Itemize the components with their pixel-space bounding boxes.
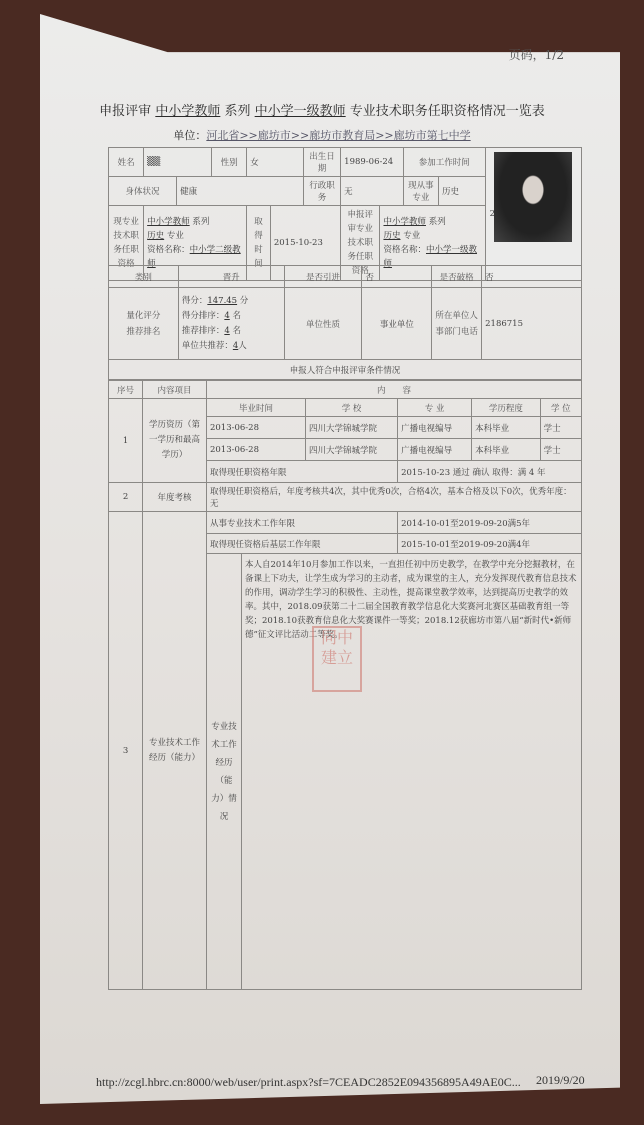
rec-rank-label: 推荐排序： (182, 326, 225, 336)
exceptional-value: 否 (482, 266, 582, 288)
edu-degree: 学士 (540, 439, 581, 461)
score-value: 147.45 (207, 296, 237, 306)
qualification-years-label: 取得现任职资格年限 (206, 461, 397, 483)
score-label: 得分： (182, 296, 208, 306)
work-experience-label: 专业技术工作经历（能力）情况 (206, 554, 241, 990)
unit-nature-value: 事业单位 (362, 288, 432, 360)
conditions-section-title: 申报人符合申报评审条件情况 (109, 360, 582, 380)
current-name-label: 资格名称： (147, 245, 190, 255)
score-rank-value: 4 (224, 311, 229, 321)
edu-header-date: 毕业时间 (206, 399, 305, 417)
grassroots-years-value: 2015-10-01至2019-09-20满4年 (398, 534, 582, 554)
birth-label: 出生日期 (303, 148, 340, 177)
edu-major: 广播电视编导 (398, 417, 472, 439)
annual-assessment-value: 取得现任职资格后，年度考核共4次，其中优秀0次，合格4次，基本合格及以下0次，优… (206, 483, 581, 512)
official-seal-stamp: 同中建立 (312, 626, 362, 692)
apply-name-label: 资格名称： (383, 245, 426, 255)
introduced-value: 否 (362, 266, 432, 288)
edu-major: 广播电视编导 (398, 439, 472, 461)
current-major-value: 历史 (438, 177, 485, 206)
gender-label: 性别 (212, 148, 247, 177)
row2-no: 2 (109, 483, 143, 512)
work-years-value: 2014-10-01至2019-09-20满5年 (398, 512, 582, 534)
exceptional-label: 是否破格 (432, 266, 482, 288)
name-value: ▒▒ (144, 148, 212, 177)
title-prefix: 申报评审 (99, 104, 151, 119)
score-unit: 分 (240, 296, 249, 306)
applicant-photo (494, 152, 572, 248)
row1-no: 1 (109, 399, 143, 483)
edu-header-major: 专 业 (398, 399, 472, 417)
work-start-label: 参加工作时间 (403, 148, 485, 177)
admin-post-label: 行政职务 (303, 177, 340, 206)
document-title: 申报评审 中小学教师 系列 中小学一级教师 专业技术职务任职资格情况一览表 (0, 100, 644, 119)
name-label: 姓名 (109, 148, 144, 177)
row3-item: 专业技术工作经历（能力） (143, 512, 207, 990)
title-series: 中小学教师 (155, 104, 220, 119)
title-suffix: 专业技术职务任职资格情况一览表 (350, 104, 545, 119)
apply-major: 历史 (383, 231, 400, 241)
rec-rank-value: 4 (224, 326, 229, 336)
work-experience-description: 本人自2014年10月参加工作以来，一直担任初中历史教学，在教学中充分挖掘教材，… (241, 554, 581, 990)
current-series-suffix: 系列 (192, 217, 209, 227)
apply-series: 中小学教师 (383, 217, 426, 227)
admin-post-value: 无 (341, 177, 404, 206)
col-item-header: 内容项目 (143, 381, 207, 399)
health-label: 身体状况 (109, 177, 177, 206)
unit-value: 河北省>>廊坊市>>廊坊市教育局>>廊坊市第七中学 (206, 129, 470, 142)
page-footer: http://zcgl.hbrc.cn:8000/web/user/print.… (96, 1075, 521, 1090)
scoring-values: 得分：147.45 分 得分排序：4 名 推荐排序：4 名 单位共推荐：4人 (178, 288, 284, 360)
row3-no: 3 (109, 512, 143, 990)
page-number: 页码，1/2 (509, 46, 564, 63)
scoring-label-line2: 推荐排名 (126, 327, 160, 337)
edu-header-degree: 学 位 (540, 399, 581, 417)
title-level: 中小学一级教师 (255, 104, 346, 119)
birth-value: 1989-06-24 (341, 148, 404, 177)
category-value: 晋升 (178, 266, 284, 288)
hr-phone-label: 所在单位人事部门电话 (432, 288, 482, 360)
col-no-header: 序号 (109, 381, 143, 399)
col-content-header: 内 容 (206, 381, 581, 399)
edu-level: 本科毕业 (472, 417, 541, 439)
current-series: 中小学教师 (147, 217, 190, 227)
health-value: 健康 (177, 177, 304, 206)
introduced-label: 是否引进 (284, 266, 362, 288)
gender-value: 女 (247, 148, 304, 177)
score-rank-unit: 名 (232, 311, 241, 321)
category-label: 类别 (109, 266, 179, 288)
edu-degree: 学士 (540, 417, 581, 439)
unit-line: 单位：河北省>>廊坊市>>廊坊市教育局>>廊坊市第七中学 (0, 127, 644, 143)
unit-label: 单位： (173, 129, 206, 142)
edu-header-level: 学历程度 (472, 399, 541, 417)
edu-level: 本科毕业 (472, 439, 541, 461)
row1-item: 学历资历（第一学历和最高学历） (143, 399, 207, 483)
apply-series-suffix: 系列 (429, 217, 446, 227)
qualification-years-value: 2015-10-23 通过 确认 取得：满 4 年 (398, 461, 582, 483)
unit-total-label: 单位共推荐： (182, 341, 233, 351)
score-rank-label: 得分排序： (182, 311, 225, 321)
category-table: 类别 晋升 是否引进 否 是否破格 否 量化评分 推荐排名 得分：147.45 … (108, 265, 582, 380)
edu-date: 2013-06-28 (206, 417, 305, 439)
footer-url: http://zcgl.hbrc.cn:8000/web/user/print.… (96, 1075, 521, 1089)
title-series-suffix: 系列 (224, 104, 250, 119)
edu-school: 四川大学锦城学院 (305, 439, 397, 461)
edu-school: 四川大学锦城学院 (305, 417, 397, 439)
row2-item: 年度考核 (143, 483, 207, 512)
edu-header-school: 学 校 (305, 399, 397, 417)
scoring-label-line1: 量化评分 (126, 311, 160, 321)
grassroots-years-label: 取得现任资格后基层工作年限 (206, 534, 397, 554)
current-major: 历史 (147, 231, 164, 241)
current-major-suffix: 专业 (167, 231, 184, 241)
unit-nature-label: 单位性质 (284, 288, 362, 360)
scoring-label: 量化评分 推荐排名 (109, 288, 179, 360)
hr-phone-value: 2186715 (482, 288, 582, 360)
apply-major-suffix: 专业 (403, 231, 420, 241)
footer-date: 2019/9/20 (536, 1073, 585, 1088)
unit-total-unit: 人 (238, 341, 247, 351)
rec-rank-unit: 名 (232, 326, 241, 336)
current-major-label: 现从事专业 (403, 177, 438, 206)
portrait-image (494, 152, 572, 242)
edu-date: 2013-06-28 (206, 439, 305, 461)
work-years-label: 从事专业技术工作年限 (206, 512, 397, 534)
